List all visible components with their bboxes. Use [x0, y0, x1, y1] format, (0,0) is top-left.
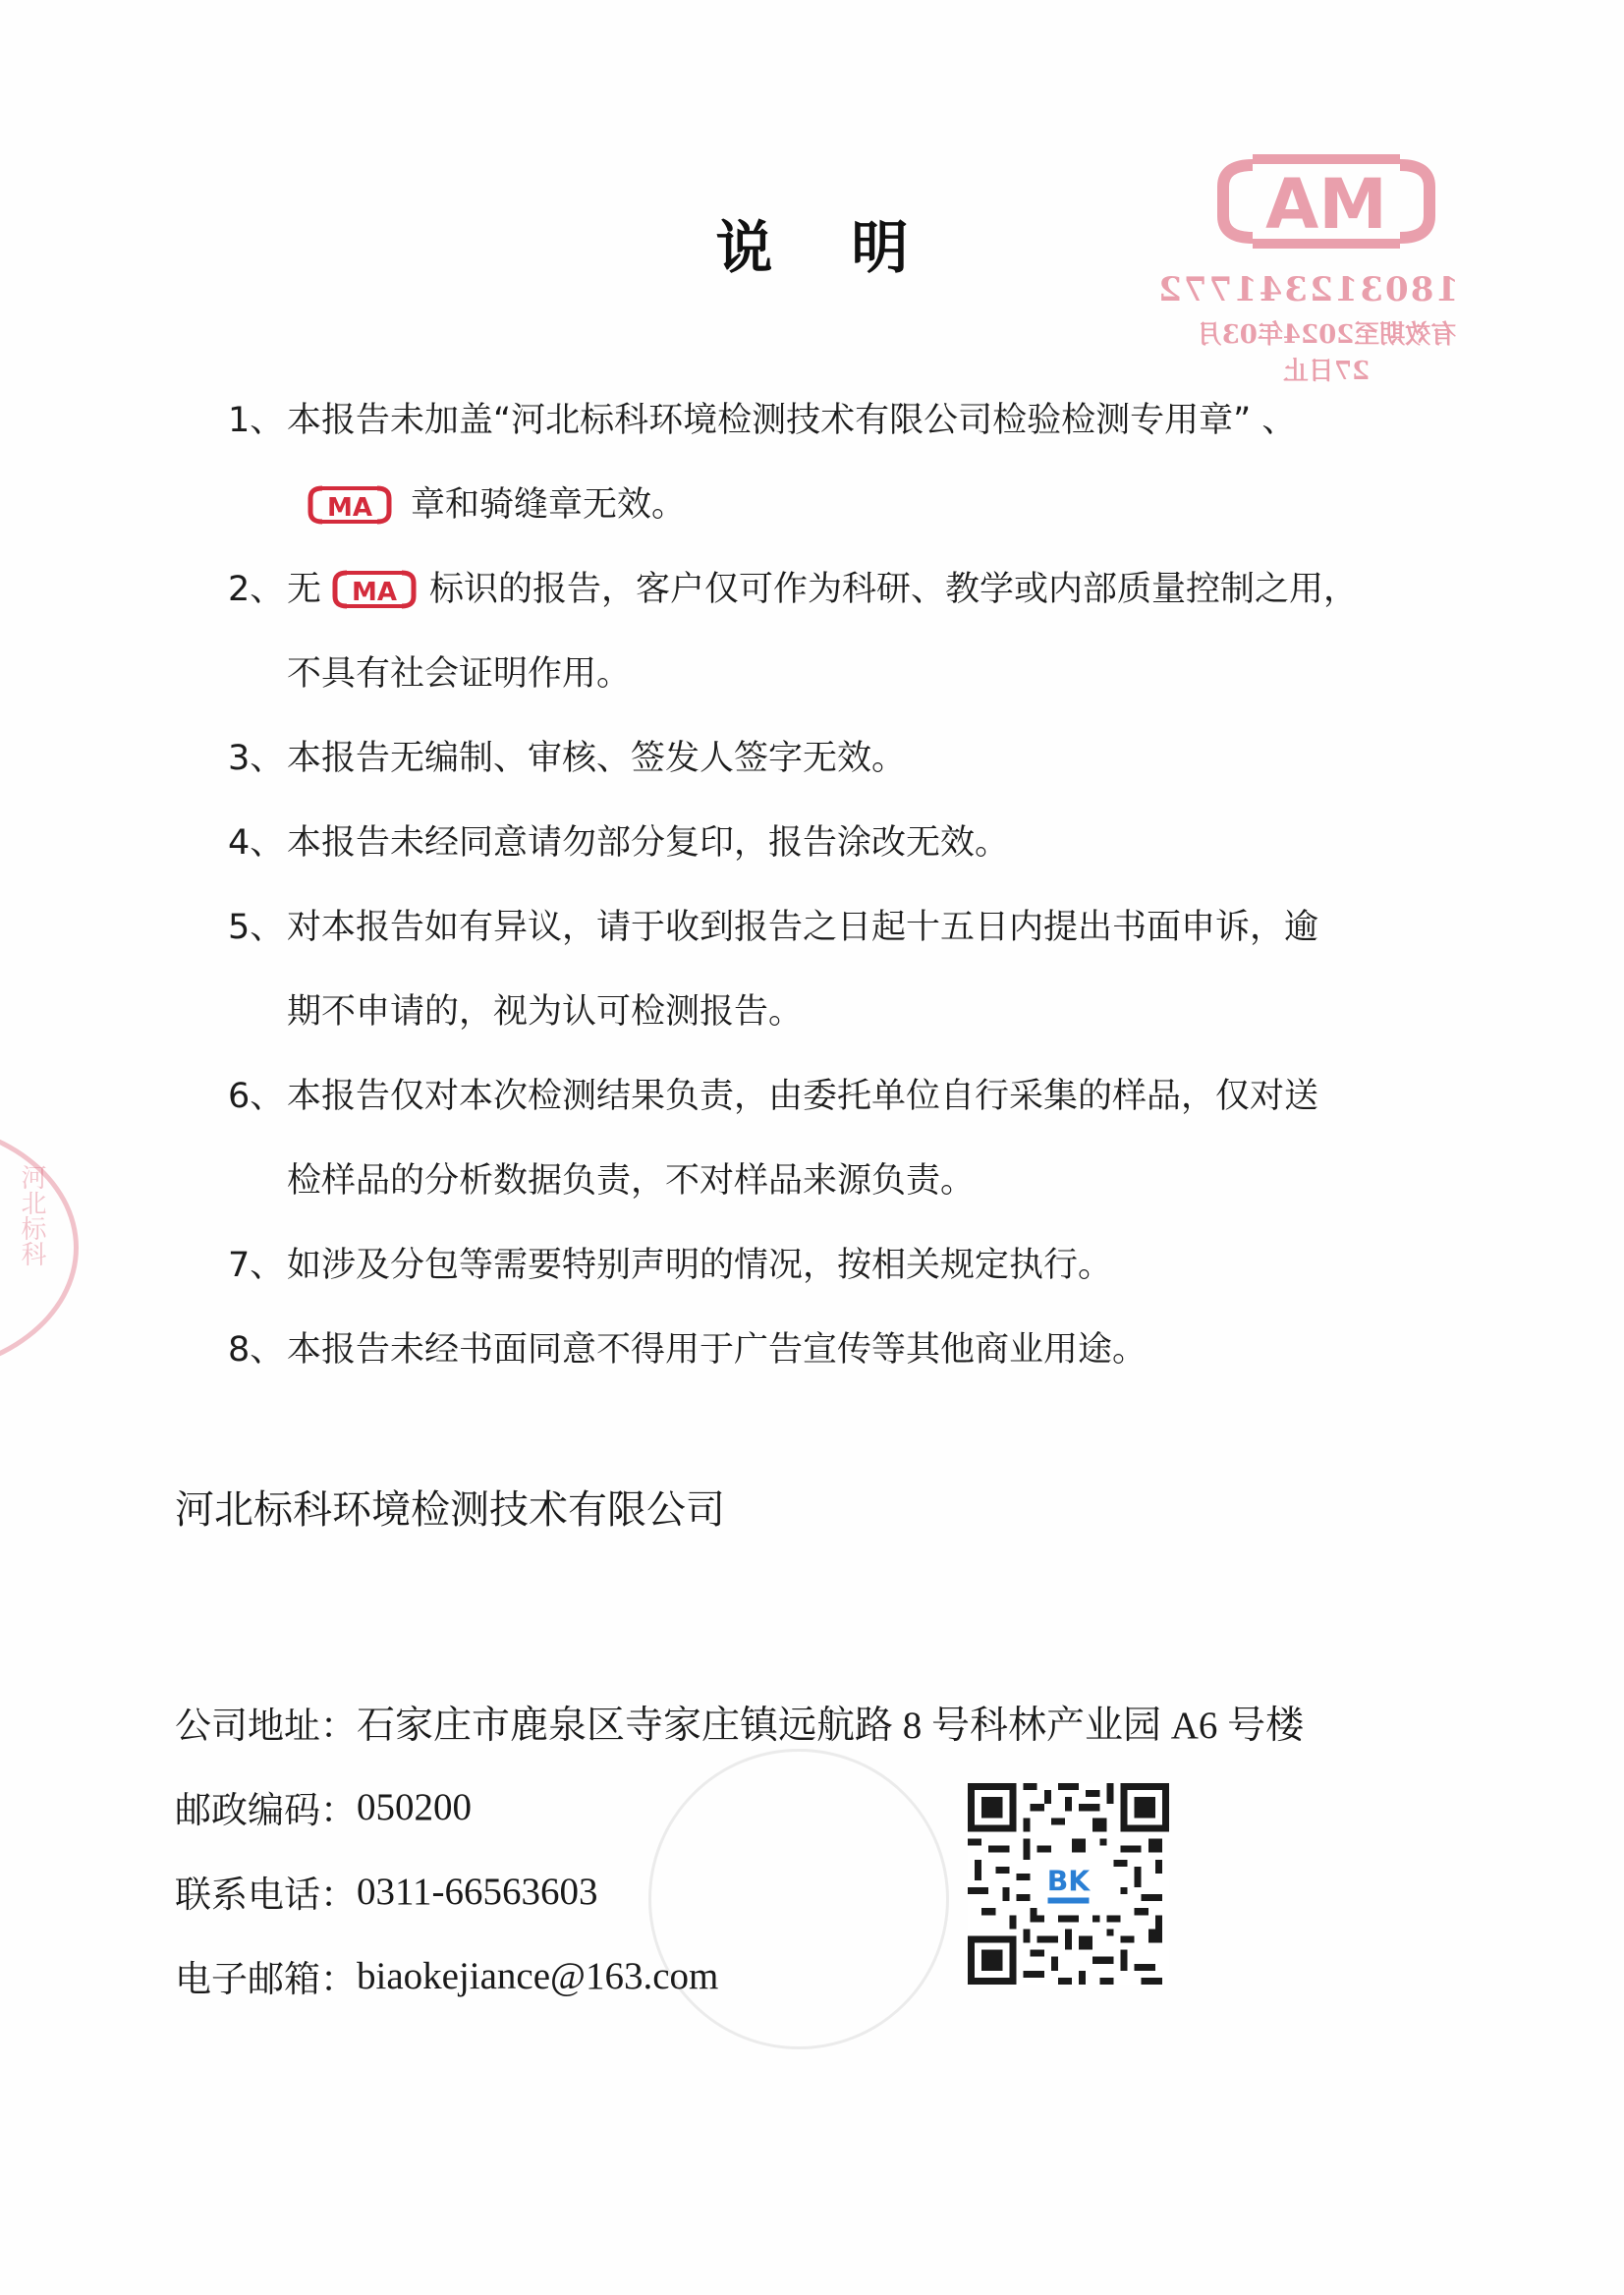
note-text: 本报告未经书面同意不得用于广告宣传等其他商业用途。	[287, 1308, 1147, 1392]
note-item-7: 7、 如涉及分包等需要特别声明的情况，按相关规定执行。	[228, 1223, 1505, 1308]
stamp-validity: 有效期至2024年03月27日止	[1194, 314, 1459, 387]
note-number: 4、	[228, 801, 287, 885]
note-text: 对本报告如有异议，请于收到报告之日起十五日内提出书面申诉，逾	[287, 885, 1318, 970]
svg-text:MA: MA	[352, 578, 397, 607]
note-item-6: 6、 本报告仅对本次检测结果负责，由委托单位自行采集的样品，仅对送 检样品的分析…	[228, 1054, 1505, 1223]
phone-value: 0311-66563603	[357, 1870, 598, 1914]
email-label: 电子邮箱：	[175, 1949, 357, 2002]
notes-list: 1、 本报告未加盖“河北标科环境检测技术有限公司检验检测专用章” 、 MA 章和…	[228, 378, 1505, 1392]
qr-code-icon: BK	[968, 1783, 1169, 1985]
note-number: 7、	[228, 1223, 287, 1308]
cma-mark-icon: MA	[331, 569, 418, 610]
postcode-value: 050200	[357, 1785, 472, 1829]
note-number: 8、	[228, 1308, 287, 1392]
partial-seal-text: 河北标科	[14, 1164, 53, 1266]
svg-text:MA: MA	[327, 493, 372, 523]
title-char-2: 明	[852, 201, 909, 284]
note-text: 本报告仅对本次检测结果负责，由委托单位自行采集的样品，仅对送	[287, 1054, 1318, 1139]
address-value: 石家庄市鹿泉区寺家庄镇远航路 8 号科林产业园 A6 号楼	[357, 1695, 1304, 1750]
note-item-3: 3、 本报告无编制、审核、签发人签字无效。	[228, 716, 1505, 801]
email-value: biaokejiance@163.com	[357, 1954, 718, 1998]
note-item-1: 1、 本报告未加盖“河北标科环境检测技术有限公司检验检测专用章” 、 MA 章和…	[228, 378, 1505, 547]
svg-text:BK: BK	[1047, 1866, 1092, 1898]
title-char-1: 说	[715, 201, 772, 284]
note-number: 2、	[228, 547, 287, 632]
document-page: MA 180312341772 有效期至2024年03月27日止 河北标科 说明…	[0, 0, 1624, 2295]
note-item-2: 2、 无 MA 标识的报告，客户仅可作为科研、教学或内部质量控制之用， 不具有社…	[228, 547, 1505, 716]
page-title: 说明	[0, 201, 1624, 284]
note-text: 本报告无编制、审核、签发人签字无效。	[287, 716, 906, 801]
note-text: 如涉及分包等需要特别声明的情况，按相关规定执行。	[287, 1223, 1112, 1308]
cma-mark-icon: MA	[307, 484, 393, 526]
note-text-cont: 检样品的分析数据负责，不对样品来源负责。	[228, 1139, 1505, 1223]
note-item-4: 4、 本报告未经同意请勿部分复印，报告涂改无效。	[228, 801, 1505, 885]
note-text: 本报告未加盖“河北标科环境检测技术有限公司检验检测专用章” 、	[287, 378, 1296, 463]
note-item-5: 5、 对本报告如有异议，请于收到报告之日起十五日内提出书面申诉，逾 期不申请的，…	[228, 885, 1505, 1054]
note-number: 5、	[228, 885, 287, 970]
address-label: 公司地址：	[175, 1696, 357, 1749]
note-text-pre: 无	[287, 547, 321, 632]
note-number: 6、	[228, 1054, 287, 1139]
company-name: 河北标科环境检测技术有限公司	[175, 1479, 725, 1535]
note-text-cont: 不具有社会证明作用。	[228, 632, 1505, 716]
note-number: 3、	[228, 716, 287, 801]
postcode-label: 邮政编码：	[175, 1780, 357, 1833]
phone-label: 联系电话：	[175, 1865, 357, 1918]
note-text-cont: 章和骑缝章无效。	[411, 463, 686, 547]
note-text: 本报告未经同意请勿部分复印，报告涂改无效。	[287, 801, 1009, 885]
contact-address: 公司地址： 石家庄市鹿泉区寺家庄镇远航路 8 号科林产业园 A6 号楼	[175, 1680, 1304, 1764]
note-text-cont: 期不申请的，视为认可检测报告。	[228, 970, 1505, 1054]
note-item-8: 8、 本报告未经书面同意不得用于广告宣传等其他商业用途。	[228, 1308, 1505, 1392]
note-number: 1、	[228, 378, 287, 463]
note-text: 标识的报告，客户仅可作为科研、教学或内部质量控制之用，	[429, 547, 1358, 632]
